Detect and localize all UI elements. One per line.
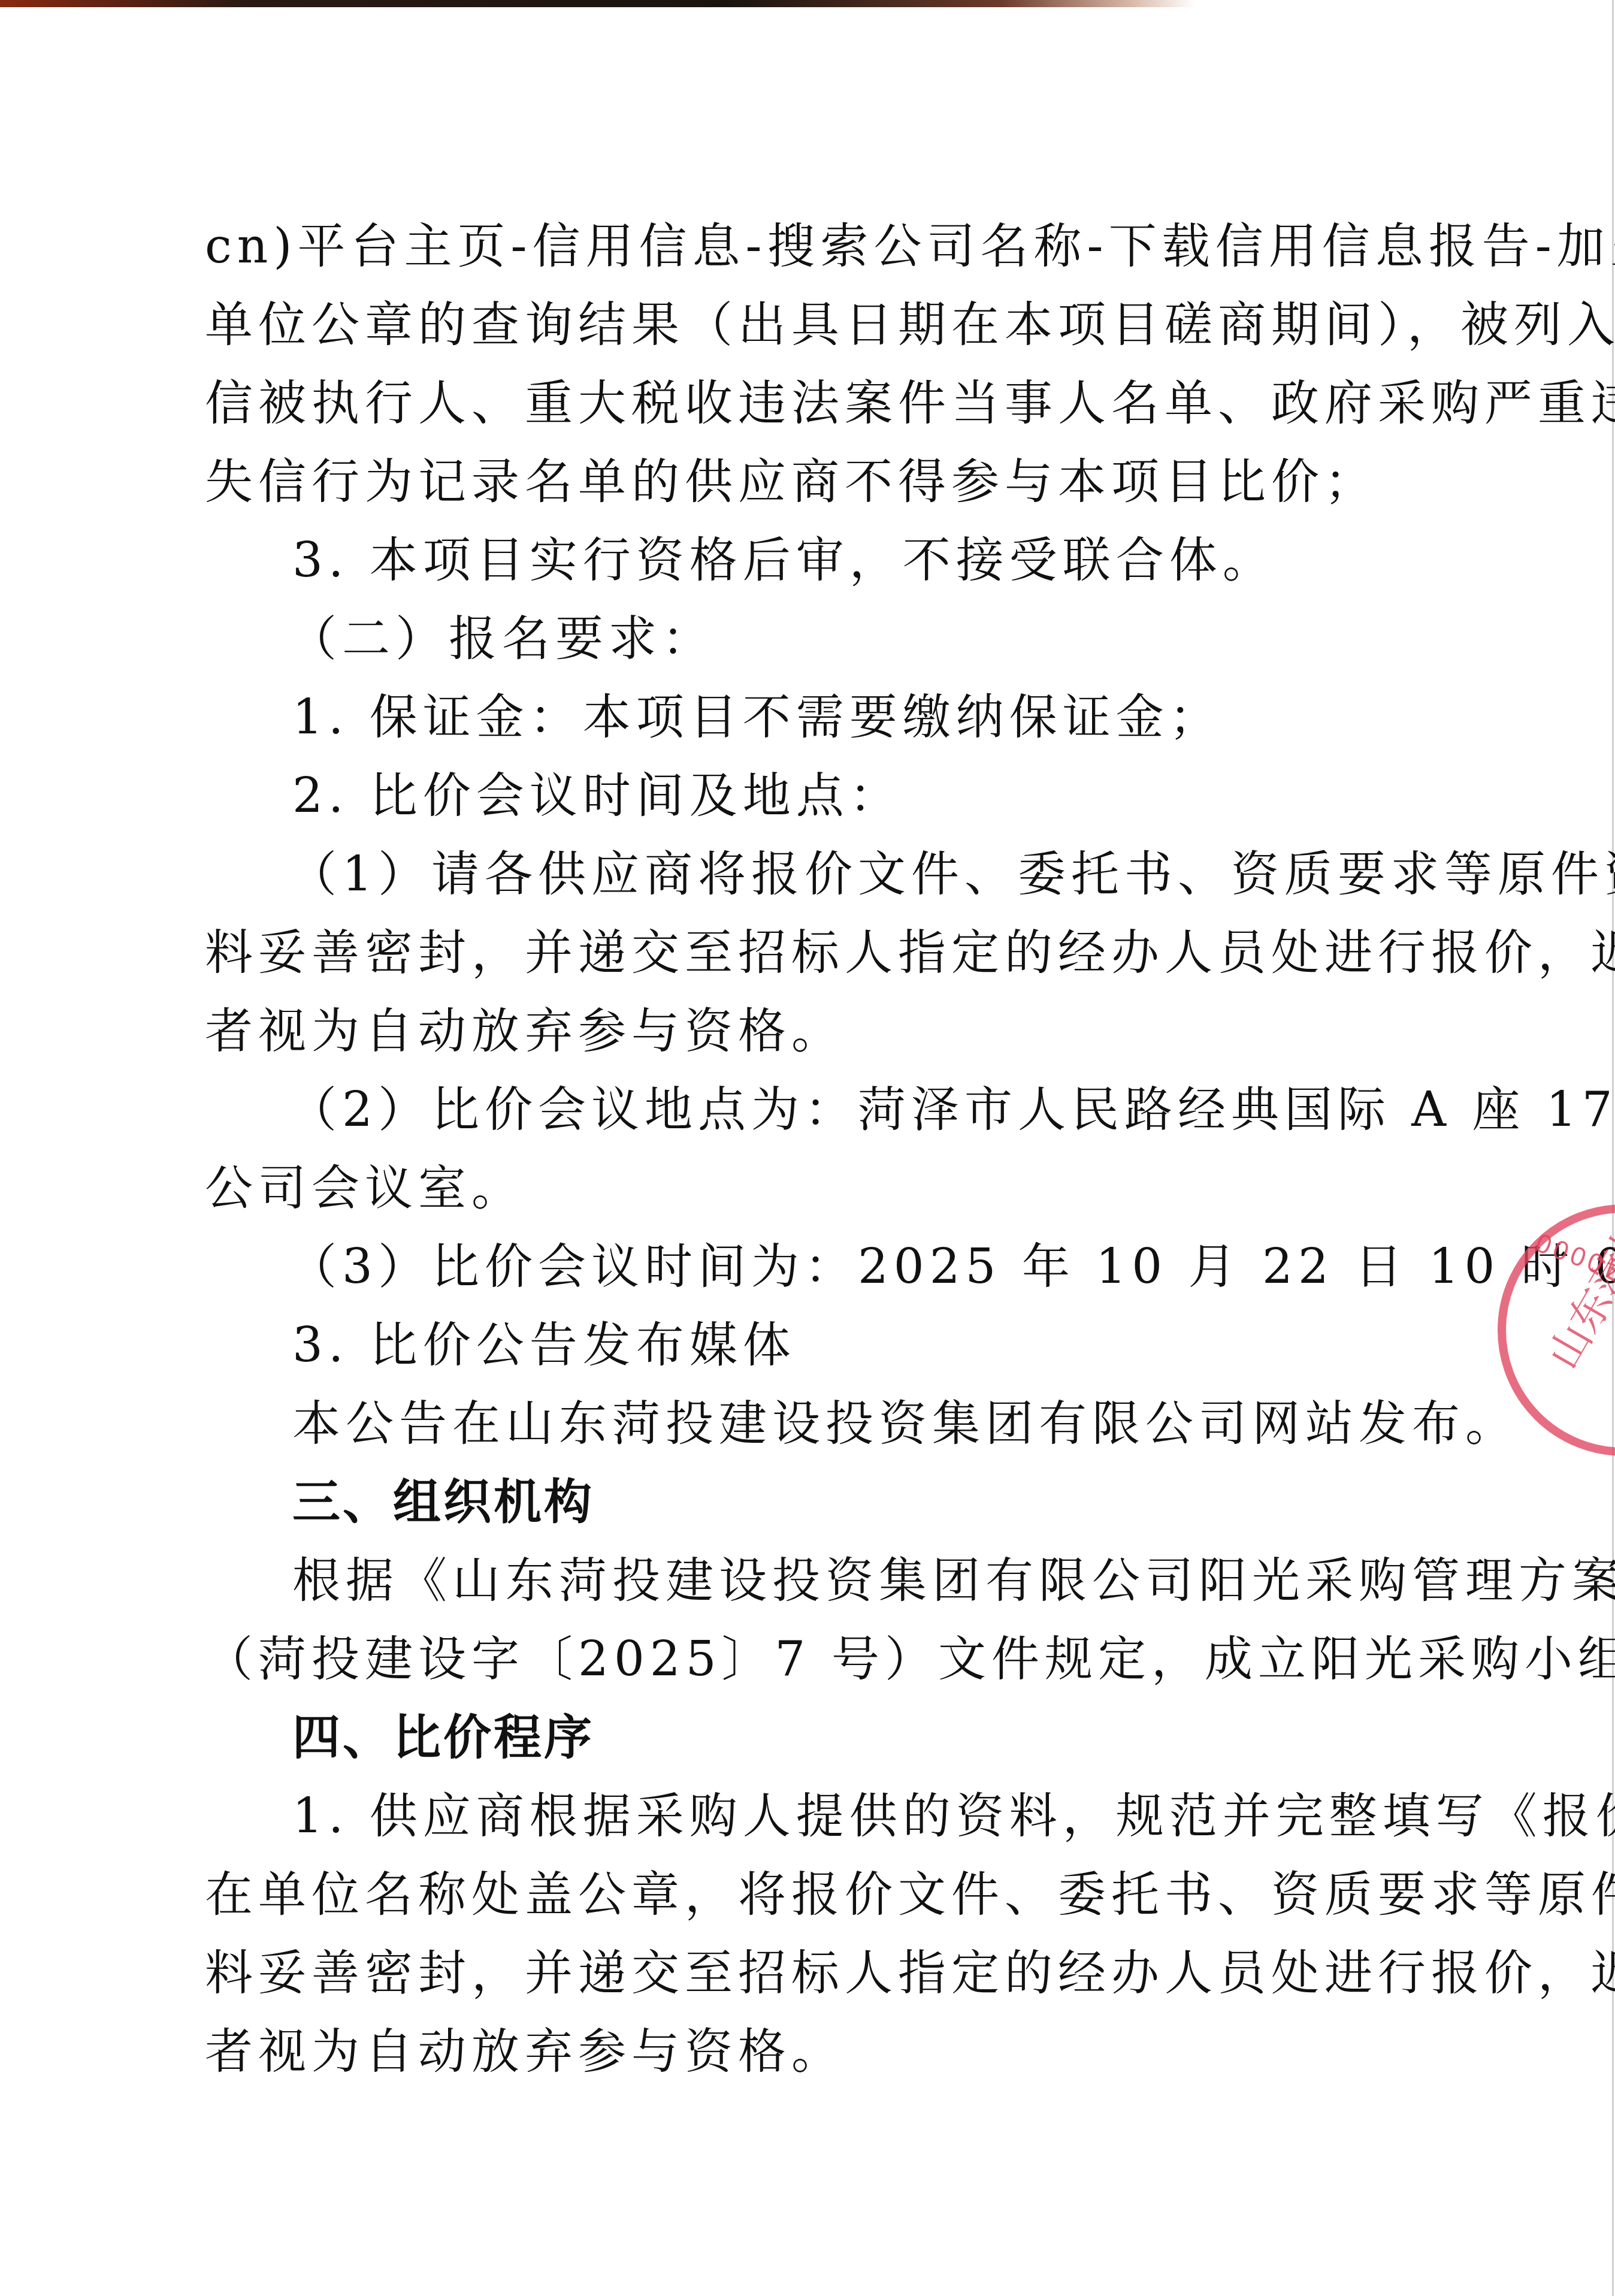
list-item-meeting-time-place: 2. 比价会议时间及地点： bbox=[205, 756, 1427, 835]
text-line: 单位公章的查询结果（出具日期在本项目磋商期间），被列入失 bbox=[205, 285, 1427, 364]
text-line: cn)平台主页-信用信息-搜索公司名称-下载信用信息报告-加盖 bbox=[205, 207, 1427, 285]
text-line: （菏投建设字〔2025〕7 号）文件规定，成立阳光采购小组。 bbox=[205, 1620, 1427, 1698]
sub-item-meeting-time: （3）比价会议时间为：2025 年 10 月 22 日 10 时 00 分 bbox=[205, 1227, 1427, 1306]
text-line: 料妥善密封，并递交至招标人指定的经办人员处进行报价，迟到 bbox=[205, 913, 1427, 992]
text-line: 在单位名称处盖公章，将报价文件、委托书、资质要求等原件资 bbox=[205, 1855, 1427, 1934]
list-item-deposit: 1. 保证金：本项目不需要缴纳保证金； bbox=[205, 678, 1427, 756]
text-line: 失信行为记录名单的供应商不得参与本项目比价； bbox=[205, 442, 1427, 521]
text-line: 公司会议室。 bbox=[205, 1149, 1427, 1227]
section-heading-organization: 三、组织机构 bbox=[205, 1463, 1427, 1541]
list-item-publication-media: 3. 比价公告发布媒体 bbox=[205, 1306, 1427, 1384]
sub-item-meeting-location: （2）比价会议地点为：菏泽市人民路经典国际 A 座 17A 层 bbox=[205, 1070, 1427, 1149]
subsection-registration-requirements: （二）报名要求： bbox=[205, 599, 1427, 678]
section-heading-procedure: 四、比价程序 bbox=[205, 1698, 1427, 1777]
scan-top-edge bbox=[0, 0, 1615, 7]
list-item-quotation-procedure: 1. 供应商根据采购人提供的资料，规范并完整填写《报价单》， bbox=[205, 1777, 1427, 1855]
document-body: cn)平台主页-信用信息-搜索公司名称-下载信用信息报告-加盖 单位公章的查询结… bbox=[205, 207, 1427, 2090]
text-line: 本公告在山东菏投建设投资集团有限公司网站发布。 bbox=[205, 1384, 1427, 1463]
text-line: 根据《山东菏投建设投资集团有限公司阳光采购管理方案》 bbox=[205, 1541, 1427, 1620]
list-item-no-consortium: 3. 本项目实行资格后审，不接受联合体。 bbox=[205, 521, 1427, 599]
text-line: 者视为自动放弃参与资格。 bbox=[205, 992, 1427, 1070]
sub-item-submission: （1）请各供应商将报价文件、委托书、资质要求等原件资 bbox=[205, 835, 1427, 913]
text-line: 者视为自动放弃参与资格。 bbox=[205, 2012, 1427, 2090]
text-line: 料妥善密封，并递交至招标人指定的经办人员处进行报价，迟到 bbox=[205, 1934, 1427, 2012]
text-line: 信被执行人、重大税收违法案件当事人名单、政府采购严重违法 bbox=[205, 364, 1427, 442]
